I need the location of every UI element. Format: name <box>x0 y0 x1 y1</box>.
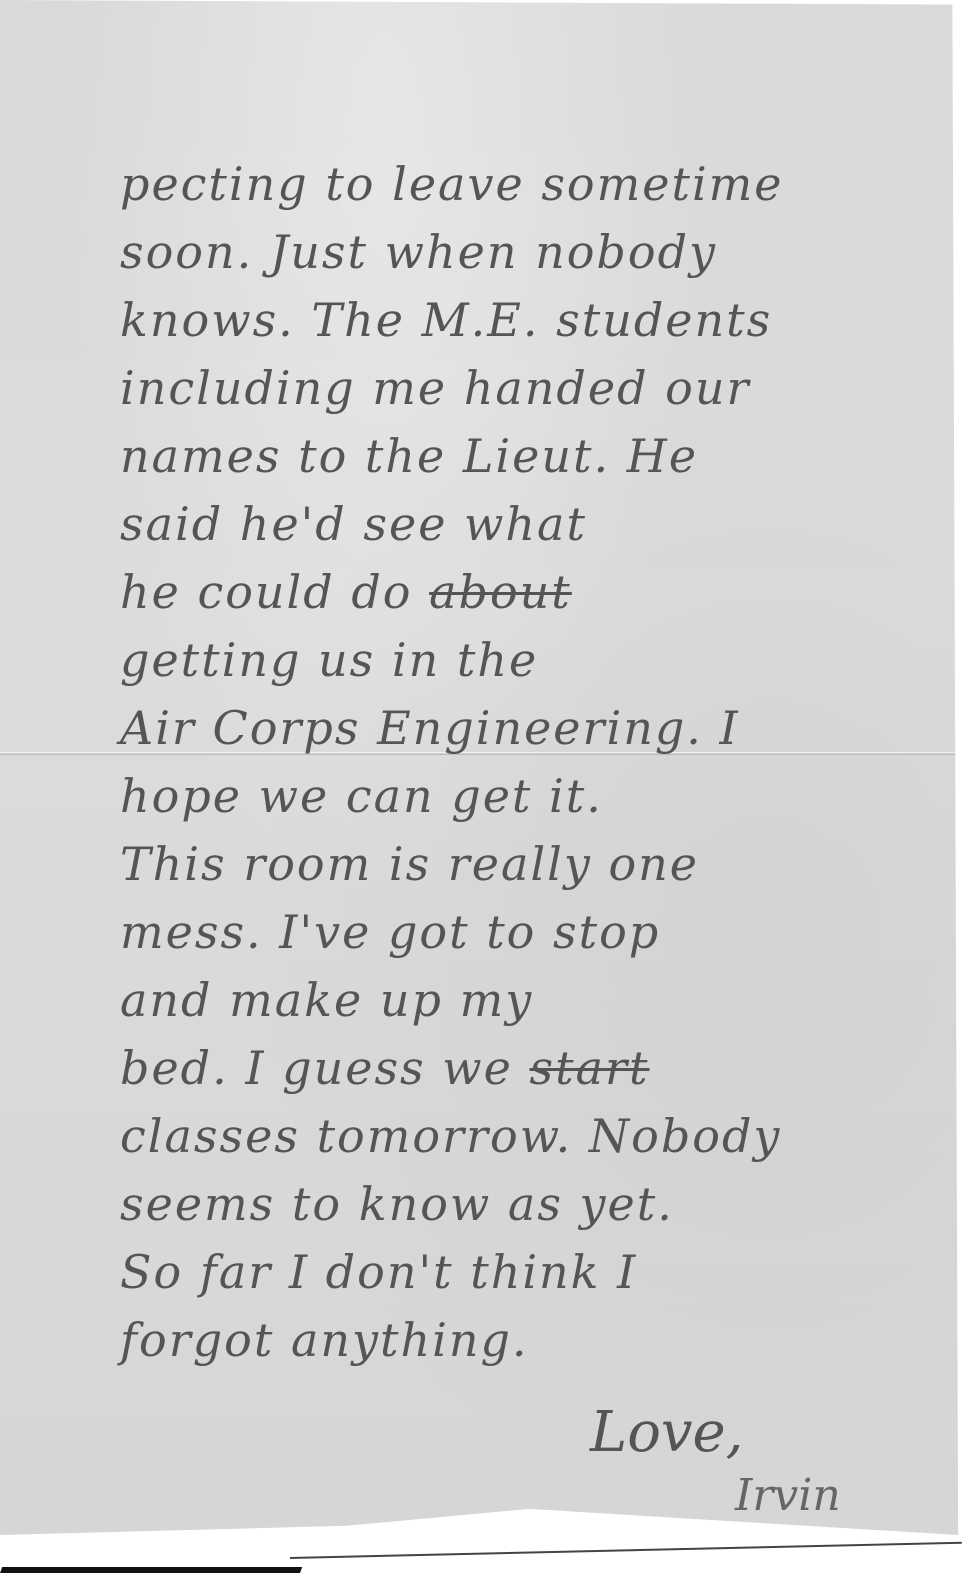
page-edge-shadow <box>0 1567 302 1573</box>
letter-line: forgot anything. <box>120 1306 920 1374</box>
letter-line: names to the Lieut. He <box>120 422 920 490</box>
page-edge-line <box>290 1542 962 1559</box>
letter-line: knows. The M.E. students <box>120 286 920 354</box>
letter-line: mess. I've got to stop <box>120 898 920 966</box>
letter-closing: Love, <box>590 1400 743 1465</box>
struck-word: start <box>530 1041 650 1095</box>
letter-line: he could do about <box>120 558 920 626</box>
letter-line: This room is really one <box>120 830 920 898</box>
letter-line: seems to know as yet. <box>120 1170 920 1238</box>
letter-line: So far I don't think I <box>120 1238 920 1306</box>
letter-line: classes tomorrow. Nobody <box>120 1102 920 1170</box>
letter-signature: Irvin <box>735 1470 841 1521</box>
letter-line: including me handed our <box>120 354 920 422</box>
letter-line: soon. Just when nobody <box>120 218 920 286</box>
struck-word: about <box>429 565 572 619</box>
letter-line: getting us in the <box>120 626 920 694</box>
letter-line: said he'd see what <box>120 490 920 558</box>
letter-line: and make up my <box>120 966 920 1034</box>
letter-line: Air Corps Engineering. I <box>120 694 920 762</box>
letter-line: pecting to leave sometime <box>120 150 920 218</box>
letter-line: hope we can get it. <box>120 762 920 830</box>
letter-line: bed. I guess we start <box>120 1034 920 1102</box>
letter-body: pecting to leave sometime soon. Just whe… <box>120 150 920 1374</box>
